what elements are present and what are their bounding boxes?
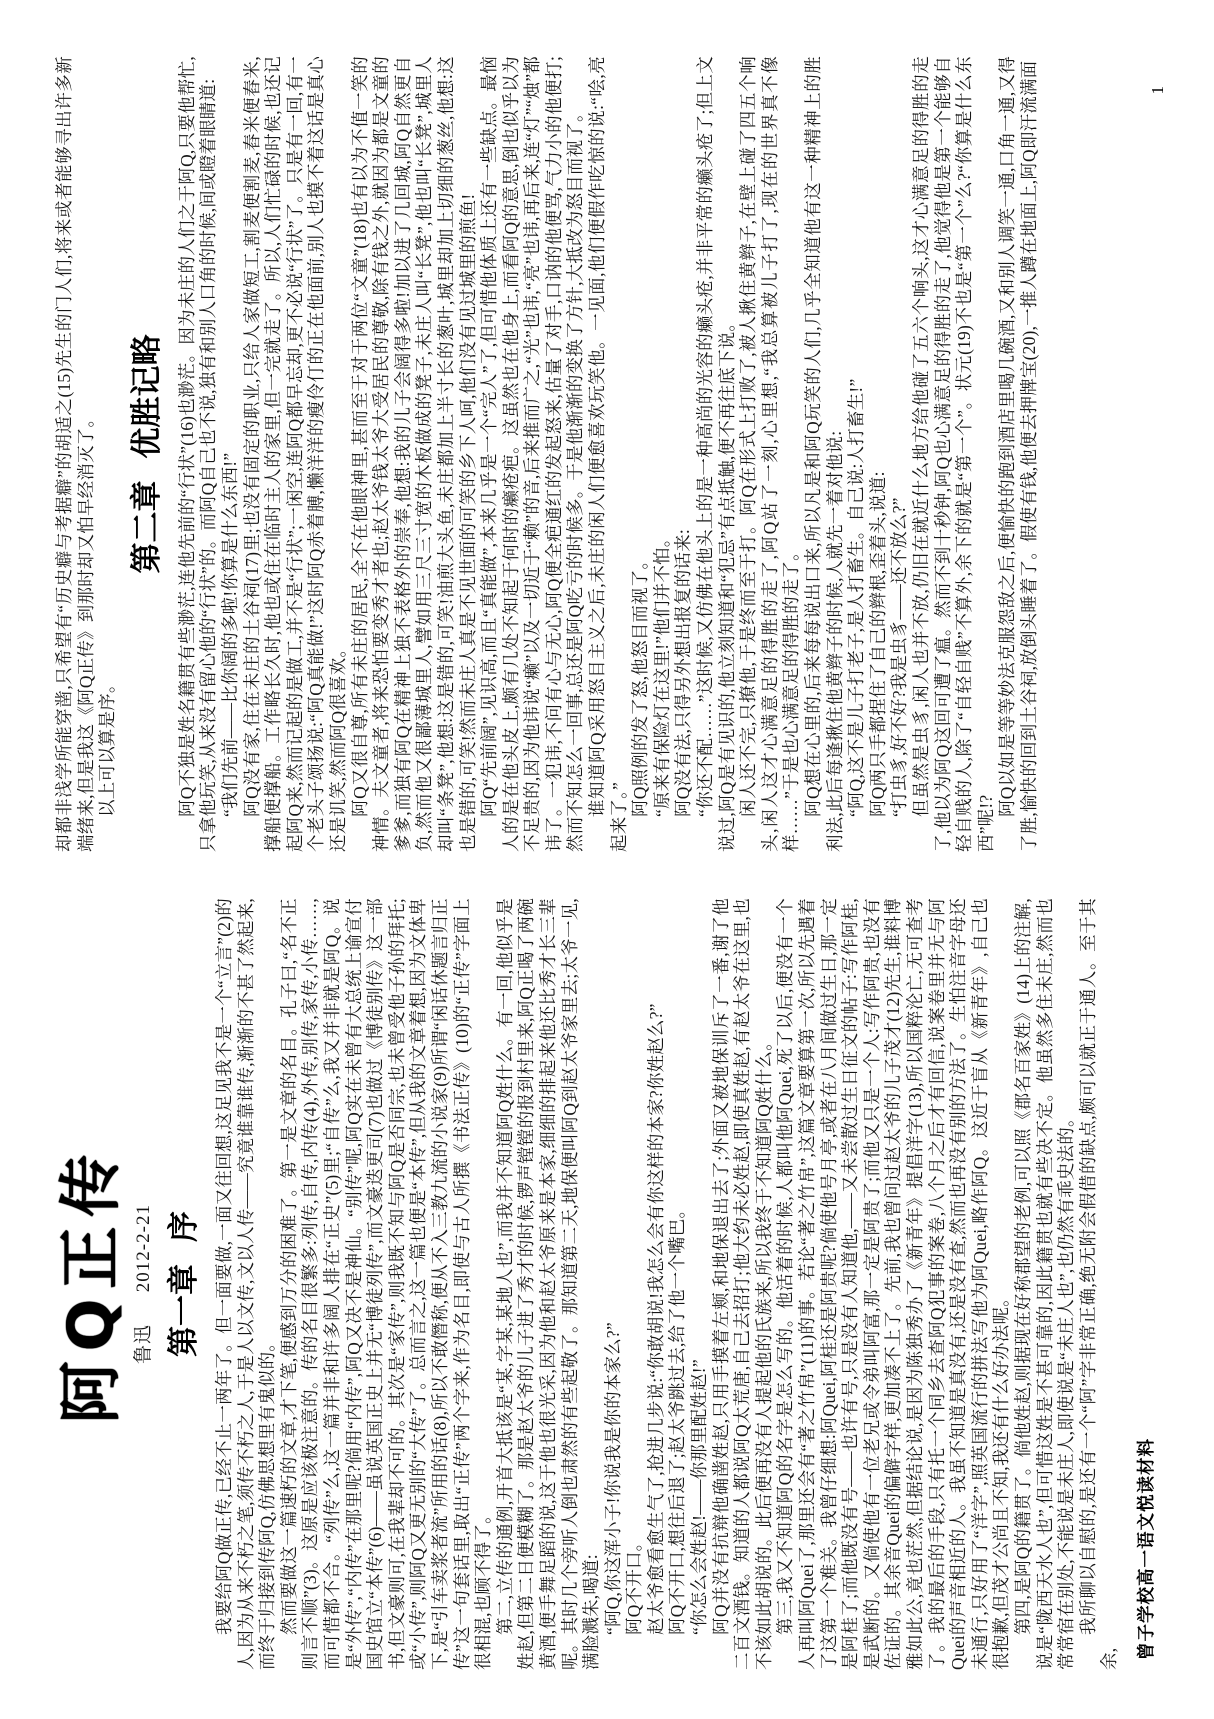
paragraph: 阿Q不独是姓名籍贯有些渺茫,连他先前的“行状”(16)也渺茫。因为未庄的人们之于… bbox=[177, 56, 220, 852]
date: 2012-2-21 bbox=[133, 1204, 154, 1292]
paragraph: “你怎么会姓赵!——你那里配姓赵!” bbox=[689, 898, 711, 1670]
byline: 鲁迅 2012-2-21 bbox=[132, 898, 156, 1670]
chapter2-paragraphs: 阿Q不独是姓名籍贯有些渺茫,连他先前的“行状”(16)也渺茫。因为未庄的人们之于… bbox=[177, 56, 1041, 852]
paragraph: 但虽然是虫豸,闲人也并不放,仍旧在就近什么地方给他碰了五六个响头,这才心满意足的… bbox=[911, 56, 997, 852]
author-name: 鲁迅 bbox=[133, 1324, 154, 1364]
paragraph: 阿Q照例的发了怒,他怒目而视了。 bbox=[630, 56, 652, 852]
paragraph: 第三,我又不知道阿Q的名字是怎么写的。他活着的时候,人都叫他阿Quei,死了以后… bbox=[775, 898, 1013, 1670]
paragraph: 阿Q没有法,只得另外想出报复的话来: bbox=[673, 56, 695, 852]
paragraph: 然而要做这一篇速朽的文章,才下笔,便感到万分的困难了。第一是文章的名目。孔子曰,… bbox=[279, 898, 495, 1670]
paragraph: 阿Q“先前阔”,见识高,而且“真能做”,本来几乎是一个“完人”了,但可惜他体质上… bbox=[479, 56, 587, 852]
rotated-sheet: 阿Q正传 鲁迅 2012-2-21 第一章序 我要给阿Q做正传,已经不止一两年了… bbox=[0, 0, 1214, 1719]
paragraph: 阿Q两只手都捏住了自己的辫根,歪着头,说道: bbox=[868, 56, 890, 852]
preface-tail-paragraphs: 却都非浅学所能穿凿,只希望有“历史癖与考据癖”的胡适之(15)先生的门人们,将来… bbox=[54, 56, 119, 852]
paragraph: 第四,是阿Q的籍贯了。倘他姓赵,则据现在好称郡望的老例,可以照《郡名百家姓》(1… bbox=[1013, 898, 1078, 1670]
paragraph: 第二,立传的通例,开首大抵该是“某,字某,某地人也”,而我并不知道阿Q姓什么。有… bbox=[495, 898, 603, 1670]
chapter2-label: 第二章 bbox=[129, 481, 165, 574]
chapter1-heading: 第一章序 bbox=[164, 898, 204, 1670]
column-right: 却都非浅学所能穿凿,只希望有“历史癖与考据癖”的胡适之(15)先生的门人们,将来… bbox=[54, 56, 1121, 852]
paragraph: 却都非浅学所能穿凿,只希望有“历史癖与考据癖”的胡适之(15)先生的门人们,将来… bbox=[54, 56, 97, 852]
chapter2-heading: 第二章优胜记略 bbox=[127, 56, 167, 852]
paragraph: “我们先前——比你阔的多啦!你算是什么东西!” bbox=[220, 56, 242, 852]
paragraph: 阿Q以如是等等妙法克服怨敌之后,便愉快的跑到酒店里喝几碗酒,又和别人调笑一通,口… bbox=[997, 56, 1040, 852]
chapter1-title: 序 bbox=[166, 1211, 202, 1242]
paragraph: 阿Q不开口。 bbox=[624, 898, 646, 1670]
paragraph: “你还不配……”这时候,又仿佛在他头上的是一种高尚的光容的癞头疮,并非平常的癞头… bbox=[695, 56, 738, 852]
paragraph: 阿Q想在心里的,后来每每说出口来,所以凡是和阿Q玩笑的人们,几乎全知道他有这一种… bbox=[803, 56, 846, 852]
paragraph: 阿Q并没有抗辩他确凿姓赵,只用手摸着左颊,和地保退出去了;外面又被地保训斥了一番… bbox=[711, 898, 776, 1670]
paragraph: “阿Q,你这浑小子!你说我是你的本家么?” bbox=[603, 898, 625, 1670]
paragraph: 阿Q没有家,住在未庄的土谷祠(17)里;也没有固定的职业,只给人家做短工,割麦便… bbox=[242, 56, 350, 852]
paragraph: 阿Q又很自尊,所有未庄的居民,全不在他眼神里,甚而至于对于两位“文童”(18)也… bbox=[350, 56, 480, 852]
paragraph: 我所聊以自慰的,是还有一个“阿”字非常正确,绝无附会假借的缺点,颇可以就正于通人… bbox=[1078, 898, 1121, 1670]
paragraph: “原来有保险灯在这里!”他们并不怕。 bbox=[652, 56, 674, 852]
paragraph: 阿Q不开口,想往后退了;赵太爷跳过去,给了他一个嘴巴。 bbox=[667, 898, 689, 1670]
preface-paragraphs: 我要给阿Q做正传,已经不止一两年了。但一面要做,一面又往回想,这足见我不是一个“… bbox=[214, 898, 1121, 1670]
document-page: 阿Q正传 鲁迅 2012-2-21 第一章序 我要给阿Q做正传,已经不止一两年了… bbox=[0, 0, 1214, 1719]
paragraph: “打虫豸,好不好?我是虫豸——还不放么?” bbox=[889, 56, 911, 852]
two-column-layout: 阿Q正传 鲁迅 2012-2-21 第一章序 我要给阿Q做正传,已经不止一两年了… bbox=[54, 56, 1121, 1670]
column-left: 阿Q正传 鲁迅 2012-2-21 第一章序 我要给阿Q做正传,已经不止一两年了… bbox=[54, 898, 1121, 1670]
chapter2-title: 优胜记略 bbox=[129, 335, 165, 459]
paragraph: 赵太爷愈看愈生气了,抢进几步说:“你敢胡说!我怎么会有你这样的本家?你姓赵么?” bbox=[646, 898, 668, 1670]
page-number: 1 bbox=[1148, 86, 1168, 95]
paragraph: 谁知道阿Q采用怒目主义之后,未庄的闲人们便愈喜欢玩笑他。一见面,他们便假作吃惊的… bbox=[587, 56, 630, 852]
chapter1-label: 第一章 bbox=[166, 1264, 202, 1357]
document-title: 阿Q正传 bbox=[54, 898, 128, 1670]
paragraph: “阿Q,这不是儿子打老子,是人打畜生。自己说:人打畜生!” bbox=[846, 56, 868, 852]
paragraph: 我要给阿Q做正传,已经不止一两年了。但一面要做,一面又往回想,这足见我不是一个“… bbox=[214, 898, 279, 1670]
paragraph: 以上可以算是序。 bbox=[97, 56, 119, 852]
paragraph: 闲人还不完,只撩他,于是终而至于打。阿Q在形式上打败了,被人揪住黄辫子,在壁上碰… bbox=[738, 56, 803, 852]
footer-label: 曾子学校高一语文悦读材料 bbox=[1133, 1438, 1158, 1660]
